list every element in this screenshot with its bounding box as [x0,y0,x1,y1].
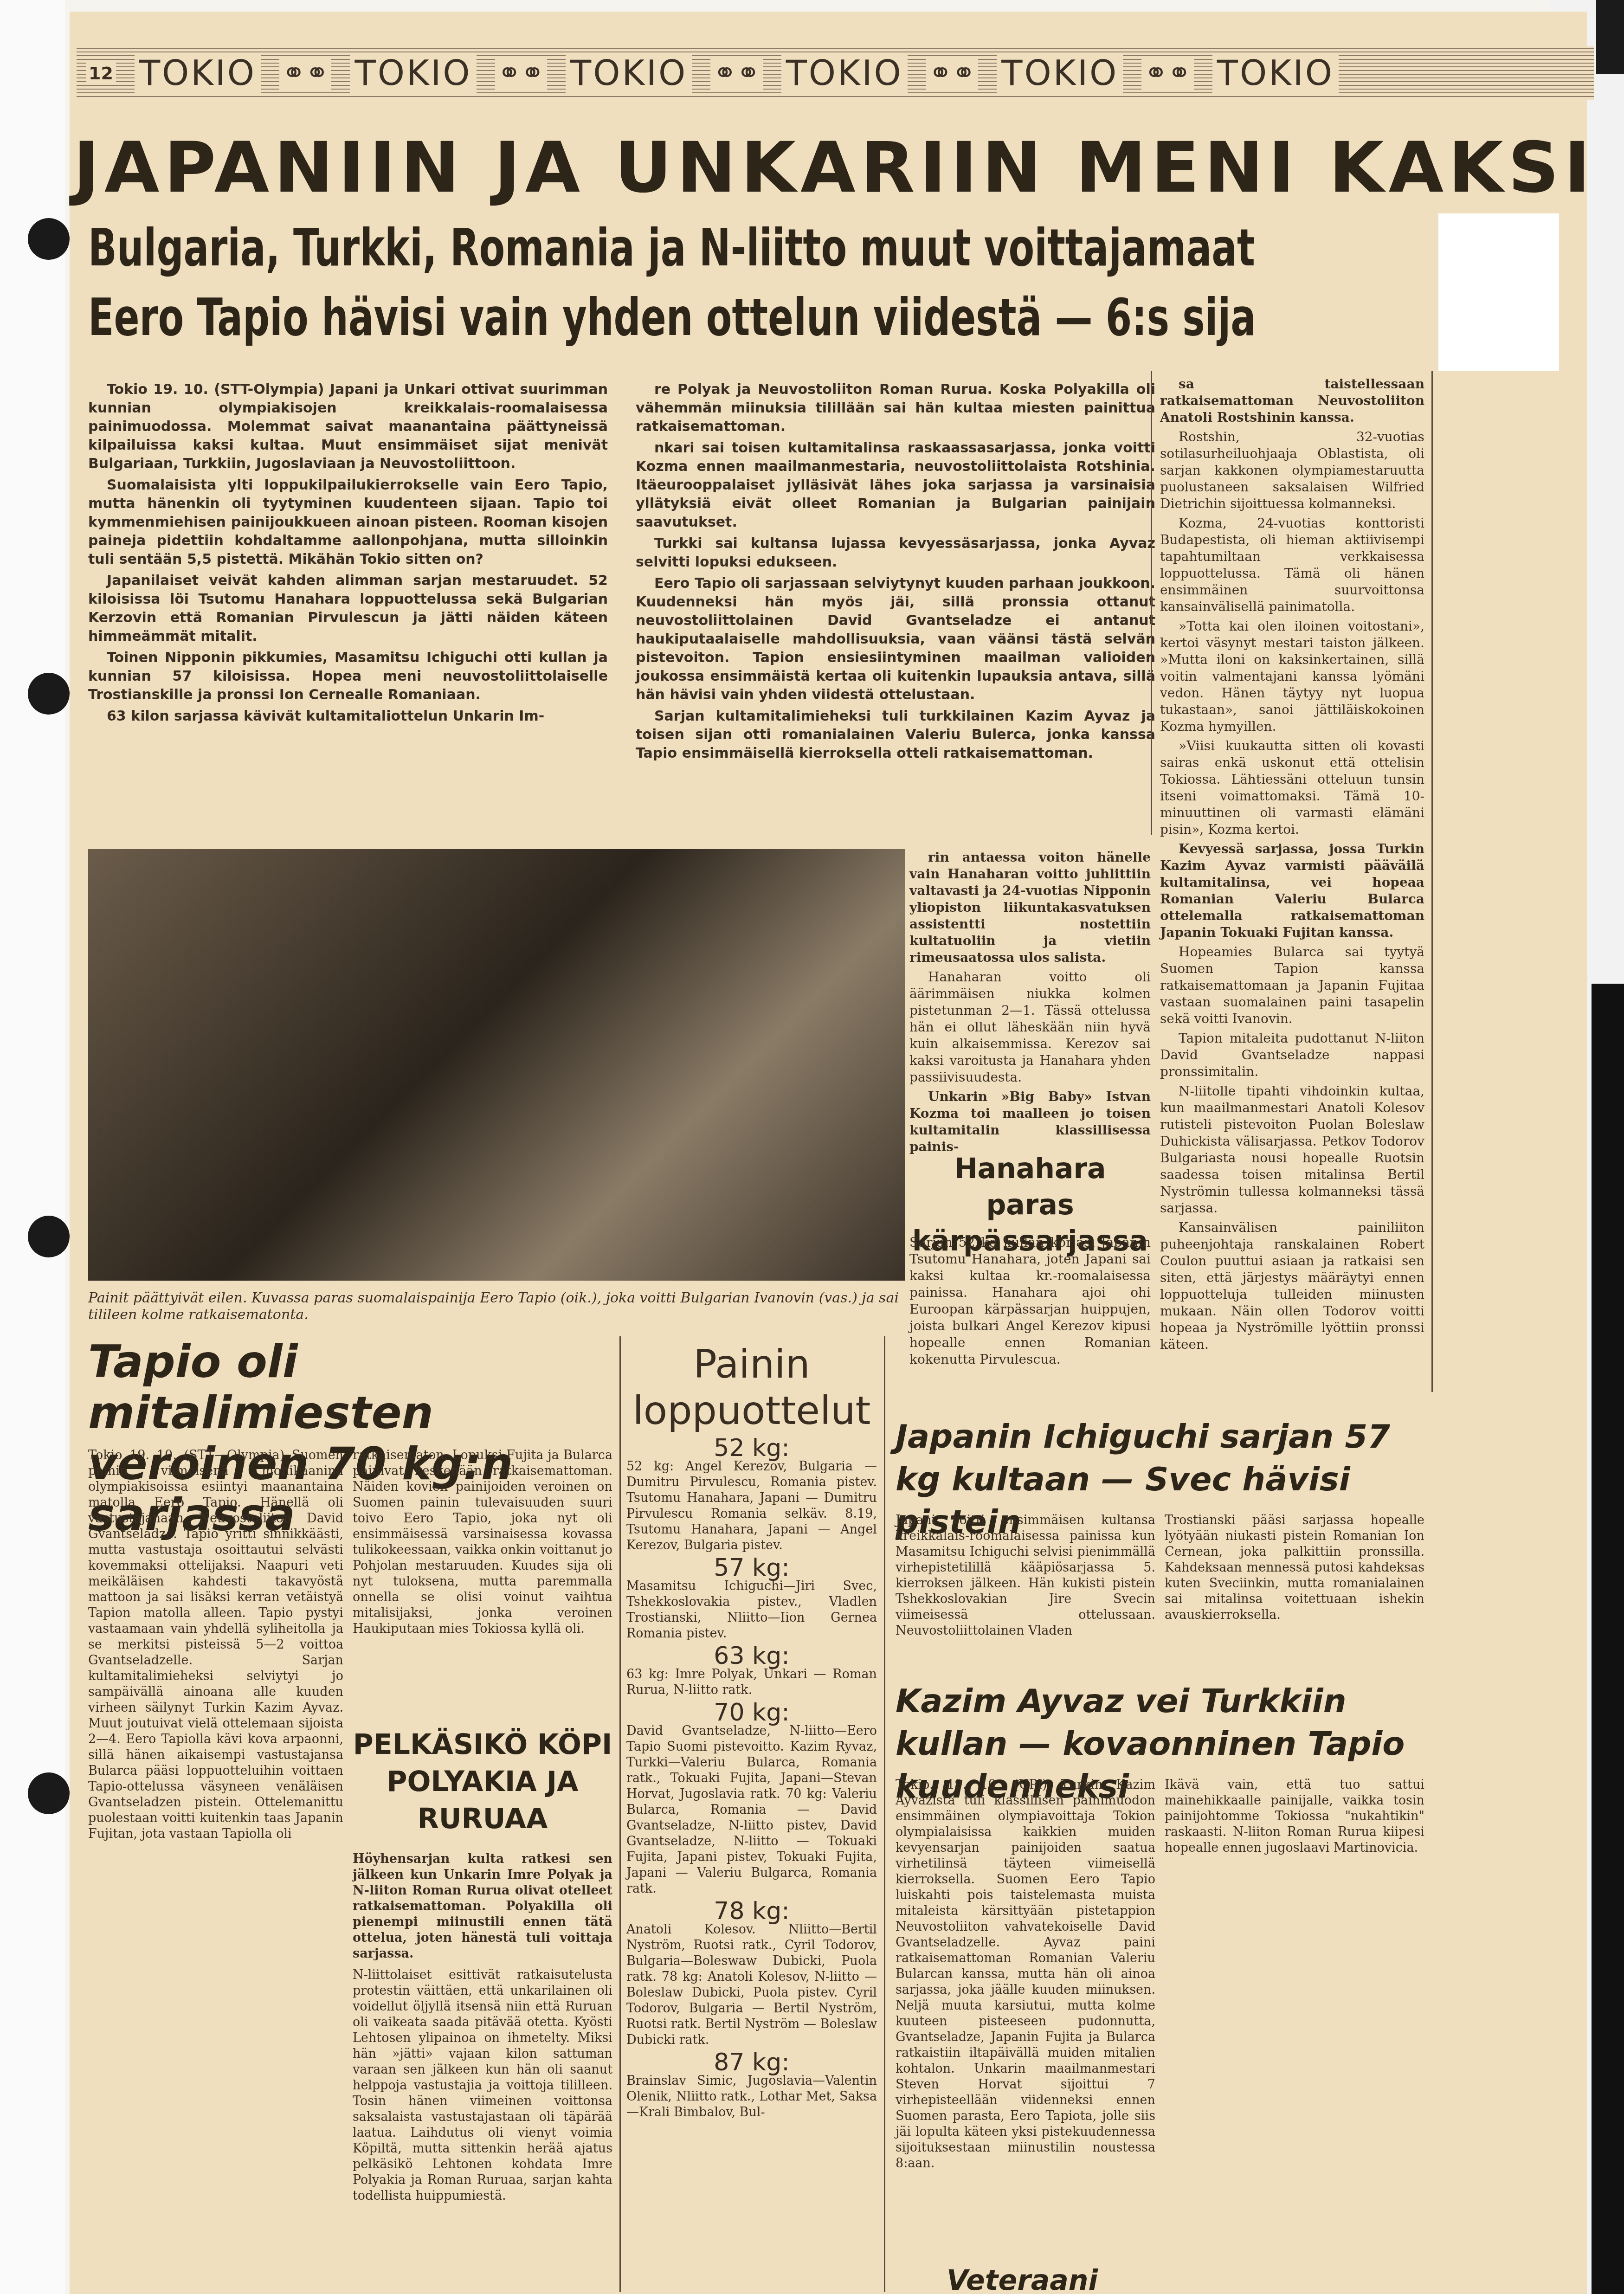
ichiguchi-col2: Trostianski pääsi sarjassa hopealle lyöt… [1165,1513,1424,1623]
scan-edge [1592,984,1624,2294]
results-title: Painin loppuottelut [626,1341,877,1434]
paragraph: re Polyak ja Neuvostoliiton Roman Rurua.… [636,380,1155,436]
paragraph: Eero Tapio oli sarjassaan selviytynyt ku… [636,574,1155,704]
paragraph: sa taistellessaan ratkaisemattoman Neuvo… [1160,376,1424,426]
punch-hole [28,1772,70,1814]
result-entry: Anatoli Kolesov. Nliitto—Bertil Nyström,… [626,1922,877,2048]
result-entry: Brainslav Simic, Jugoslavia—Valentin Ole… [626,2073,877,2120]
hanahara-body: Sarjan 52 kg kullan korjasi Japanin Tsut… [909,1234,1151,1368]
page-number: 12 [86,62,116,84]
pelkasiko-body: N-liittolaiset esittivät ratkaisutelusta… [353,1967,612,2204]
photo-caption: Painit päättyivät eilen. Kuvassa paras s… [88,1290,905,1323]
paragraph: Kozma, 24-vuotias konttoristi Budapestis… [1160,515,1424,615]
paragraph: Hopeamies Bularca sai tyytyä Suomen Tapi… [1160,944,1424,1027]
olympic-rings-icon: ⚭⚭ [1141,57,1194,90]
punch-hole [28,1216,70,1257]
banner-word: TOKIO [997,53,1123,93]
banner-word: TOKIO [135,53,261,93]
main-headline: JAPANIIN JA UNKARIIN MENI KAKSI [73,128,1595,208]
banner-word: TOKIO [566,53,692,93]
tapio-col2: ratkaisematon. Lopuksi Fujita ja Bularca… [353,1448,612,1637]
subheadline-1: Bulgaria, Turkki, Romania ja N-liitto mu… [88,218,1255,277]
weight-class: 70 kg: [626,1705,877,1720]
olympic-rings-icon: ⚭⚭ [495,57,548,90]
result-entry: 52 kg: Angel Kerezov, Bulgaria — Dumitru… [626,1459,877,1553]
column-rule [619,1336,621,2292]
banner-word: TOKIO [1212,53,1339,93]
weight-class: 57 kg: [626,1560,877,1576]
column-rule [884,1336,885,2292]
banner-word: TOKIO [781,53,908,93]
column-rule [1151,371,1152,835]
weight-class: 52 kg: [626,1440,877,1456]
paragraph: »Viisi kuukautta sitten oli kovasti sair… [1160,738,1424,838]
subheadline-2: Eero Tapio hävisi vain yhden ottelun vii… [88,288,1256,347]
paragraph: Turkki sai kultansa lujassa kevyessäsarj… [636,535,1155,572]
column-rule [1431,371,1433,1392]
paragraph: Kansainvälisen painiliiton puheenjohtaja… [1160,1219,1424,1353]
olympic-rings-icon: ⚭⚭ [279,57,332,90]
veteraani-headline: Veteraani [947,2264,1098,2294]
lead-article-col2: re Polyak ja Neuvostoliiton Roman Rurua.… [636,380,1155,766]
paragraph: 63 kilon sarjassa kävivät kultamitaliott… [88,707,608,726]
paragraph: »Totta kai olen iloinen voitostani», ker… [1160,618,1424,735]
binder-margin [0,0,65,2294]
paragraph: Tokio 19. 10. (STT-Olympia) Japani ja Un… [88,380,608,473]
weight-class: 63 kg: [626,1648,877,1664]
paragraph: Hanaharan voitto oli äärimmäisen niukka … [909,969,1151,1086]
blank-patch [1438,213,1559,371]
result-entry: David Gvantseladze, N-liitto—Eero Tapio … [626,1723,877,1897]
ayvaz-col1: Tokio. 19. 10. (UPI) Turkin Kazim Ayvazi… [896,1777,1155,2172]
punch-hole [28,673,70,715]
pelkasiko-headline: PELKÄSIKÖ KÖPI POLYAKIA JA RURUAA [353,1726,612,1837]
weight-class: 78 kg: [626,1903,877,1919]
punch-hole [28,218,70,260]
result-entry: 63 kg: Imre Polyak, Unkari — Roman Rurua… [626,1667,877,1698]
paragraph: Japanilaiset veivät kahden alimman sarja… [88,572,608,646]
paragraph: Kevyessä sarjassa, jossa Turkin Kazim Ay… [1160,841,1424,941]
lead-article-col3: sa taistellessaan ratkaisemattoman Neuvo… [1160,376,1424,1356]
paragraph: N-liitolle tipahti vihdoinkin kultaa, ku… [1160,1083,1424,1217]
wrestling-photo [88,849,905,1281]
paragraph: nkari sai toisen kultamitalinsa raskaass… [636,439,1155,532]
olympic-rings-icon: ⚭⚭ [926,57,979,90]
paragraph: Suomalaisista ylti loppukilpailukierroks… [88,476,608,569]
paragraph: Unkarin »Big Baby» Istvan Kozma toi maal… [909,1089,1151,1155]
paragraph: Tapion mitaleita pudottanut N-liiton Dav… [1160,1030,1424,1080]
paragraph: rin antaessa voiton hänelle vain Hanahar… [909,849,1151,966]
ichiguchi-col1: Japani voitti ensimmäisen kultansa kreik… [896,1513,1155,1639]
tapio-col1: Tokio 19. 10. (STT—Olympia) Suomen paini… [88,1448,343,1842]
banner-word: TOKIO [350,53,476,93]
ayvaz-col2: Ikävä vain, että tuo sattui mainehikkaal… [1165,1777,1424,1856]
olympic-banner: 12 TOKIO ⚭⚭ TOKIO ⚭⚭ TOKIO ⚭⚭ TOKIO ⚭⚭ T… [77,46,1594,100]
olympic-rings-icon: ⚭⚭ [710,57,763,90]
weight-class: 87 kg: [626,2055,877,2070]
paragraph: Sarjan kultamitalimieheksi tuli turkkila… [636,707,1155,763]
pelkasiko-lead: Höyhensarjan kulta ratkesi sen jälkeen k… [353,1851,612,1962]
lead-article-col1: Tokio 19. 10. (STT-Olympia) Japani ja Un… [88,380,608,728]
scan-edge [1596,0,1624,74]
result-entry: Masamitsu Ichiguchi—Jiri Svec, Tshekkosl… [626,1579,877,1642]
lead-article-col2b: rin antaessa voiton hänelle vain Hanahar… [909,849,1151,1158]
results-list: 52 kg: 52 kg: Angel Kerezov, Bulgaria — … [626,1434,877,2120]
paragraph: Rostshin, 32-vuotias sotilasurheiluohjaa… [1160,429,1424,512]
paragraph: Toinen Nipponin pikkumies, Masamitsu Ich… [88,649,608,704]
